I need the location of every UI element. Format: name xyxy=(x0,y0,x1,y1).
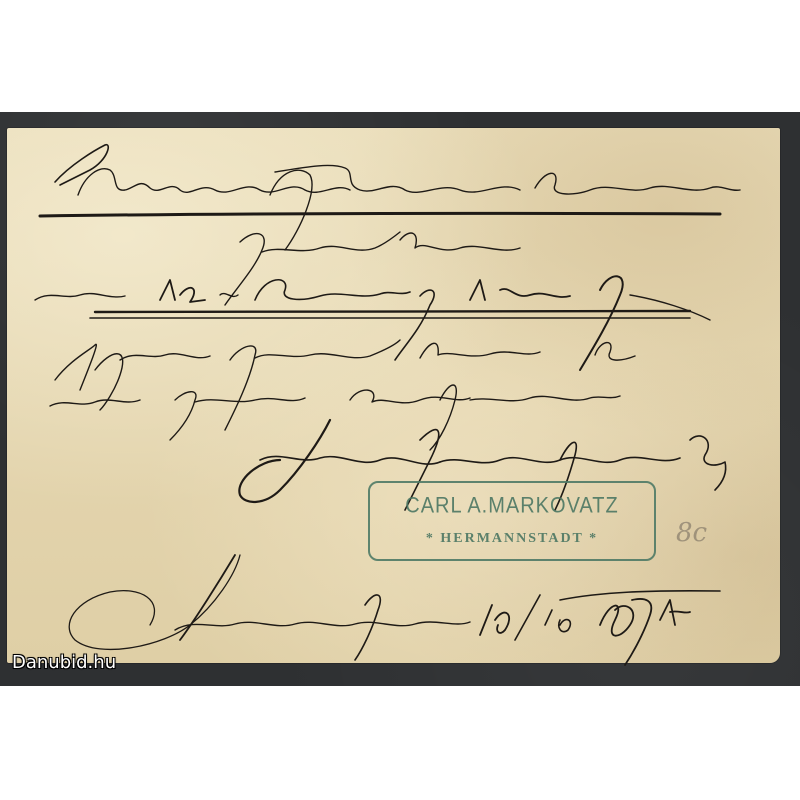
postcard: Emailgeschirr zu Kronen & 2 Kreuzer fran… xyxy=(7,128,780,663)
stamp-company-name: CARL A.MARKOVATZ xyxy=(370,494,654,519)
handwriting-line-1: Emailgeschirr zu Kronen & 2 Kreuzer xyxy=(7,128,8,129)
company-stamp: CARL A.MARKOVATZ * HERMANNSTADT * xyxy=(368,481,656,561)
stamp-city: * HERMANNSTADT * xyxy=(370,531,654,547)
handwriting-text: Emailgeschirr zu Kronen & 2 Kreuzer fran… xyxy=(7,128,8,129)
pencil-note: 8c xyxy=(676,518,707,548)
watermark: Danubid.hu xyxy=(12,652,116,673)
